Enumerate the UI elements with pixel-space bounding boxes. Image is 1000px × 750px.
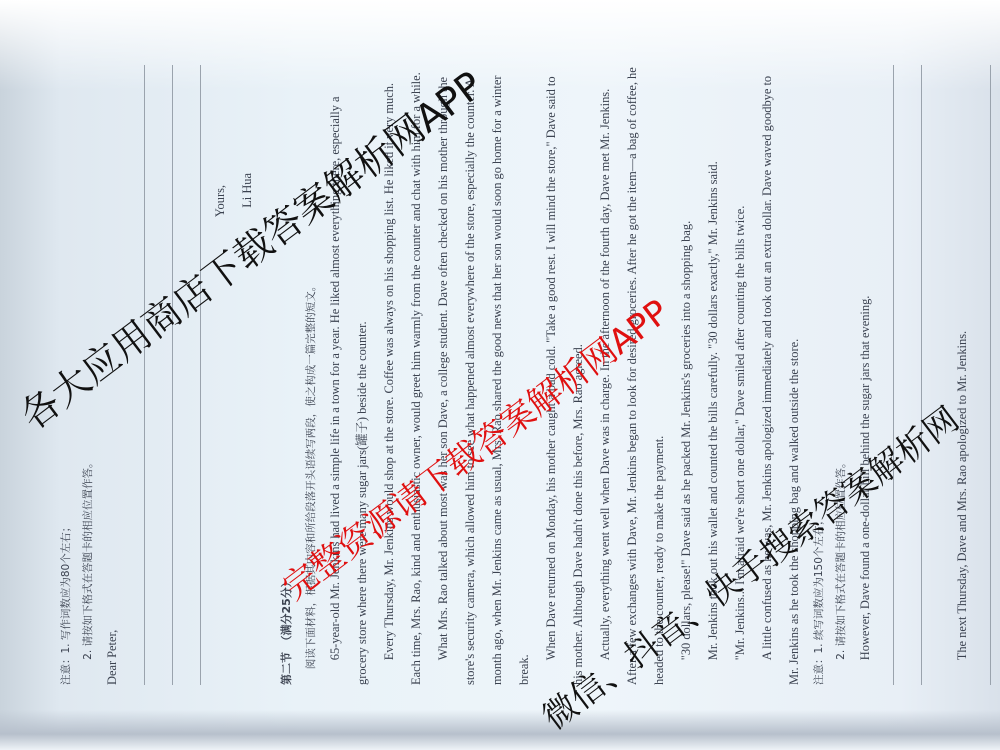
section-title: 第二节 （满分25分） (273, 65, 300, 685)
photo-shadow (0, 710, 1000, 750)
answer-line (893, 65, 894, 685)
prompt-paragraph-1: However, Dave found a one-dollar bill be… (852, 65, 879, 685)
story-paragraph: Actually, everything went well when Dave… (592, 65, 673, 685)
letter-section: 注意：1. 写作词数应为80个左右； 2. 请按如下格式在答题卡的相应位置作答。… (55, 65, 261, 685)
story-paragraph: When Dave returned on Monday, his mother… (538, 65, 592, 685)
salutation: Dear Peter, (99, 65, 126, 685)
continuation-section: 第二节 （满分25分） 阅读下面材料，根据其内容和所给段落开头语续写两段，使之构… (273, 65, 1000, 685)
writing-note-1: 注意：1. 写作词数应为80个左右； (55, 65, 77, 685)
prompt-paragraph-2: The next Thursday, Dave and Mrs. Rao apo… (949, 65, 976, 685)
story-paragraph: A little confused as he was, Mr. Jenkins… (754, 65, 808, 685)
signature: Li Hua (234, 65, 261, 685)
answer-line (144, 65, 145, 685)
answer-line (990, 65, 991, 685)
story-paragraph: Mr. Jenkins took out his wallet and coun… (700, 65, 727, 685)
answer-line (172, 65, 173, 685)
exam-page: 注意：1. 写作词数应为80个左右； 2. 请按如下格式在答题卡的相应位置作答。… (35, 25, 965, 725)
story-paragraph: "30 dollars, please!" Dave said as he pa… (673, 65, 700, 685)
closing: Yours, (207, 65, 234, 685)
story-paragraph: What Mrs. Rao talked about most was her … (430, 65, 538, 685)
story-paragraph: "Mr. Jenkins... I'm afraid we're short o… (727, 65, 754, 685)
answer-line (921, 65, 922, 685)
writing-note-2: 2. 请按如下格式在答题卡的相应位置作答。 (77, 65, 99, 685)
continuation-note-2: 2. 请按如下格式在答题卡的相应位置作答。 (830, 65, 852, 685)
story-paragraph: 65-year-old Mr. Jenkins had lived a simp… (322, 65, 376, 685)
section-instruction: 阅读下面材料，根据其内容和所给段落开头语续写两段，使之构成一篇完整的短文。 (300, 65, 322, 685)
continuation-note-1: 注意：1. 续写词数应为150个左右； (808, 65, 830, 685)
answer-line (200, 65, 201, 685)
story-paragraph: Every Thursday, Mr. Jenkins would shop a… (376, 65, 430, 685)
